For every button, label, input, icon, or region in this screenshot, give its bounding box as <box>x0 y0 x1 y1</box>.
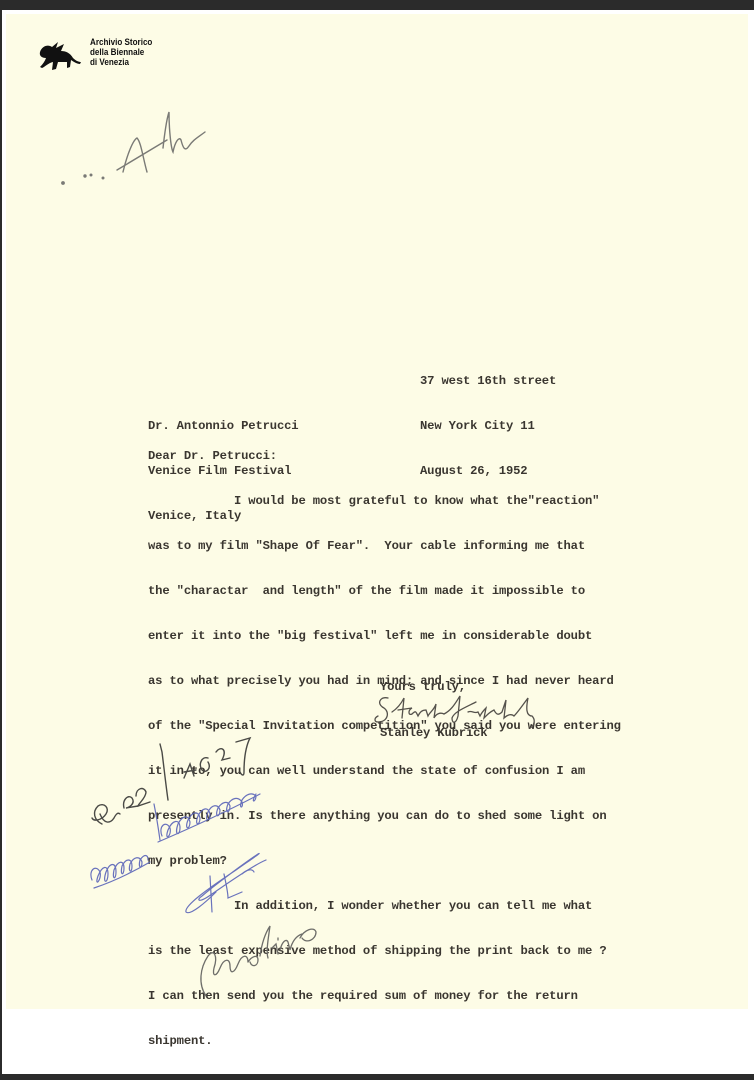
viewer-top-bar <box>0 0 754 10</box>
handwritten-initials <box>55 100 235 200</box>
handwritten-name-molino <box>196 898 326 1002</box>
return-address-line: 37 west 16th street <box>420 374 556 389</box>
salutation: Dear Dr. Petrucci: <box>148 449 277 464</box>
body-line: the "charactar and length" of the film m… <box>148 584 621 599</box>
viewer-left-edge <box>0 10 2 1075</box>
viewer-bottom-bar <box>0 1074 754 1080</box>
archive-logo: Archivio Storico della Biennale di Venez… <box>36 40 163 72</box>
winged-lion-icon <box>36 40 82 72</box>
recipient-line: Dr. Antonnio Petrucci <box>148 419 298 434</box>
typed-signature-name: Stanley Kubrick <box>380 726 487 741</box>
signature <box>372 688 552 730</box>
body-line: enter it into the "big festival" left me… <box>148 629 621 644</box>
body-line: shipment. <box>148 1034 621 1049</box>
body-line: I would be most grateful to know what th… <box>148 494 621 509</box>
return-address-line: New York City 11 <box>420 419 556 434</box>
archive-name-line: di Venezia <box>90 58 152 68</box>
body-line: was to my film "Shape Of Fear". Your cab… <box>148 539 621 554</box>
archive-name: Archivio Storico della Biennale di Venez… <box>90 38 152 68</box>
